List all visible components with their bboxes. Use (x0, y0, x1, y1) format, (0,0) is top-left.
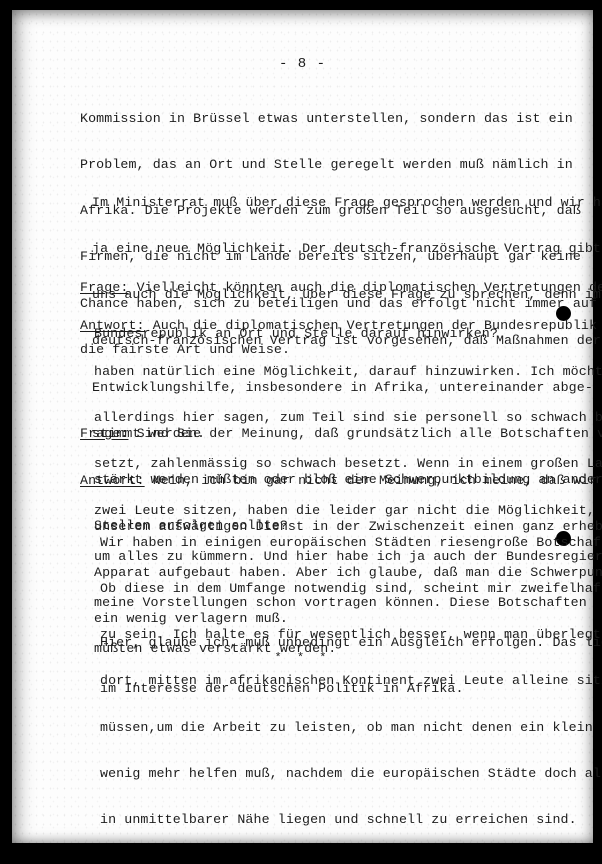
answer-first-line: Antwort: Nein, ich bin gar nicht der Mei… (80, 473, 580, 488)
question-first-line: Frage: Sind Sie der Meinung, daß grundsä… (80, 426, 580, 441)
text-line: haben natürlich eine Möglichkeit, darauf… (80, 364, 580, 379)
text-line: Sind Sie der Meinung, daß grundsätzlich … (128, 426, 602, 441)
text-line: Nein, ich bin gar nicht der Meinung, ich… (145, 473, 602, 488)
text-line: Ob diese in dem Umfange notwendig sind, … (100, 581, 600, 596)
text-line: Wir haben in einigen europäischen Städte… (100, 535, 600, 550)
scanned-page: - 8 - Kommission in Brüssel etwas unters… (12, 10, 593, 843)
text-line: in unmittelbarer Nähe liegen und schnell… (100, 812, 600, 827)
answer-label: Antwort: (80, 473, 145, 488)
end-mark: * * * (12, 651, 593, 665)
text-line: Auch die diplomatischen Vertretungen der… (145, 318, 597, 333)
text-line: Kommission in Brüssel etwas unterstellen… (80, 111, 580, 126)
text-line: Hier, glaube ich, muß unbedingt ein Ausg… (100, 635, 600, 650)
page-number: - 8 - (12, 56, 593, 72)
text-line: Im Ministerrat muß über diese Frage gesp… (92, 195, 592, 210)
text-line: wenig mehr helfen muß, nachdem die europ… (100, 766, 600, 781)
paragraph-ausgleich: Hier, glaube ich, muß unbedingt ein Ausg… (100, 604, 600, 727)
text-line: im Interesse der deutschen Politik in Af… (100, 681, 600, 696)
answer-label: Antwort: (80, 318, 145, 333)
answer-first-line: Antwort: Auch die diplomatischen Vertret… (80, 318, 580, 333)
question-label: Frage: (80, 426, 128, 441)
